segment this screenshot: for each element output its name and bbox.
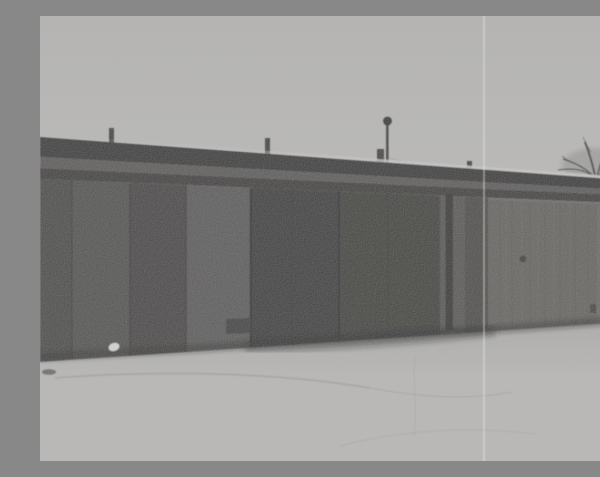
photo-canvas [40, 16, 600, 461]
film-grain-overlay [40, 16, 600, 461]
scanned-photo-garages [40, 16, 600, 461]
